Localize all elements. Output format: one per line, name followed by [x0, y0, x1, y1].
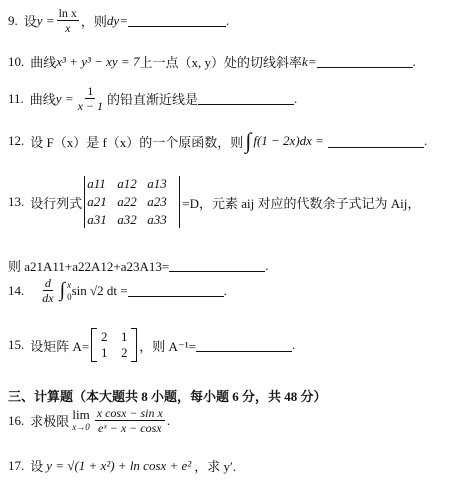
det-entry: a21 [87, 194, 117, 210]
text: 求极限 [30, 411, 69, 430]
definite-integral: ∫ x 0 [58, 279, 72, 303]
math: dy= [107, 13, 128, 29]
det-entry: a11 [87, 176, 117, 192]
question-16: 16. 求极限 lim x→0 x cosx − sin x eˣ − x − … [8, 406, 170, 435]
question-number: 17. [8, 458, 24, 474]
text: 设行列式 [30, 193, 82, 212]
integral-sign: ∫ [60, 279, 65, 302]
question-number: 13. [8, 194, 24, 210]
matrix-entry: 1 [114, 329, 134, 345]
question-number: 15. [8, 337, 24, 353]
question-13: 13. 设行列式 a11 a12 a13 a21 a22 a23 a31 a32… [8, 176, 420, 228]
section-title: 三、计算题（本大题共 8 小题，每小题 6 分，共 48 分） [8, 386, 327, 405]
text: . [413, 54, 416, 70]
question-10: 10. 曲线 x³ + y³ − xy = 7 上一点（x, y）处的切线斜率 … [8, 52, 416, 71]
denominator: dx [40, 291, 55, 305]
denominator: eˣ − x − cosx [96, 421, 164, 435]
text: . [424, 133, 427, 149]
fraction: ln x x [57, 6, 79, 35]
answer-blank [128, 284, 224, 297]
math: k= [302, 54, 317, 70]
text: ，则 A⁻¹= [139, 336, 196, 355]
text: =D，元素 aij 对应的代数余子式记为 Aij， [182, 193, 420, 212]
text: ，求 y′. [194, 456, 236, 475]
fraction: 1 x − 1 [76, 84, 105, 113]
matrix-entry: 2 [94, 329, 114, 345]
text: 曲线 [30, 89, 56, 108]
text: 上一点（x, y）处的切线斜率 [139, 52, 302, 71]
text: 的铅直渐近线是 [107, 89, 198, 108]
determinant: a11 a12 a13 a21 a22 a23 a31 a32 a33 [84, 176, 180, 228]
question-number: 10. [8, 54, 24, 70]
question-number: 9. [8, 13, 18, 29]
math: x³ + y³ − xy = 7 [56, 54, 139, 70]
det-entry: a12 [117, 176, 147, 192]
question-13-line2: 则 a21A11+a22A12+a23A13= . [8, 256, 269, 275]
answer-blank [317, 55, 413, 68]
answer-blank [169, 259, 265, 272]
answer-blank [196, 339, 292, 352]
text: . [292, 337, 295, 353]
det-entry: a32 [117, 212, 147, 228]
matrix-entry: 2 [114, 345, 134, 361]
matrix-entry: 1 [94, 345, 114, 361]
math: y = √(1 + x²) + ln cosx + e² [46, 458, 191, 474]
math: f(1 − 2x)dx = [253, 133, 324, 149]
lim-label: lim [72, 409, 89, 421]
question-number: 16. [8, 413, 24, 429]
question-number: 12. [8, 133, 24, 149]
det-entry: a13 [147, 176, 177, 192]
matrix: 2 1 1 2 [91, 328, 137, 362]
denominator: x − 1 [76, 99, 105, 113]
limit: lim x→0 [72, 409, 90, 433]
answer-blank [128, 14, 226, 27]
denominator: x [63, 21, 72, 35]
fraction: x cosx − sin x eˣ − x − cosx [95, 406, 165, 435]
text: 设矩阵 A= [30, 336, 89, 355]
question-17: 17. 设 y = √(1 + x²) + ln cosx + e² ，求 y′… [8, 456, 236, 475]
numerator: d [43, 276, 53, 291]
question-12: 12. 设 F（x）是 f（x）的一个原函数，则 ∫ f(1 − 2x)dx =… [8, 128, 427, 154]
det-entry: a22 [117, 194, 147, 210]
text: ，则 [81, 11, 107, 30]
numerator: ln x [57, 6, 79, 21]
lim-subscript: x→0 [72, 421, 90, 433]
math: y = [37, 13, 55, 29]
question-15: 15. 设矩阵 A= 2 1 1 2 ，则 A⁻¹= . [8, 328, 295, 362]
text: 设 F（x）是 f（x）的一个原函数，则 [30, 132, 243, 151]
question-number: 11. [8, 91, 24, 107]
integral-sign: ∫ [245, 128, 251, 154]
text: . [265, 258, 268, 274]
det-entry: a33 [147, 212, 177, 228]
math: sin √2 dt = [72, 283, 128, 299]
question-9: 9. 设 y = ln x x ，则 dy= . [8, 6, 229, 35]
det-entry: a23 [147, 194, 177, 210]
text: . [294, 91, 297, 107]
math: y = [56, 91, 74, 107]
text: . [226, 13, 229, 29]
det-entry: a31 [87, 212, 117, 228]
text: 设 [24, 11, 37, 30]
answer-blank [198, 92, 294, 105]
question-14: 14. d dx ∫ x 0 sin √2 dt = . [8, 276, 227, 305]
question-number: 14. [8, 283, 24, 299]
section-heading: 三、计算题（本大题共 8 小题，每小题 6 分，共 48 分） [8, 386, 327, 405]
numerator: 1 [85, 84, 95, 99]
fraction: d dx [40, 276, 55, 305]
text: 则 a21A11+a22A12+a23A13= [8, 256, 169, 275]
text: . [167, 413, 170, 429]
text: . [224, 283, 227, 299]
question-11: 11. 曲线 y = 1 x − 1 的铅直渐近线是 . [8, 84, 297, 113]
text: 曲线 [30, 52, 56, 71]
numerator: x cosx − sin x [95, 406, 165, 421]
answer-blank [328, 135, 424, 148]
text: 设 [30, 456, 43, 475]
